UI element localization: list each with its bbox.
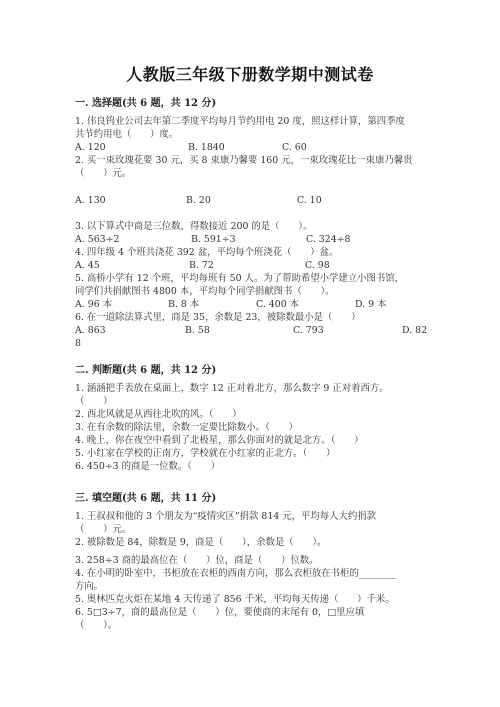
question-text: 6. 在一道除法算式里，商是 35，余数是 23，被除数最小是（ ） — [75, 312, 361, 324]
question-text: 2. 被除数是 84，除数是 9，商是（ ），余数是（ ）。 — [75, 537, 326, 549]
option-b: B. 1840 — [188, 142, 225, 154]
question-text: 4. 晚上，你在夜空中看到了北极星，那么你面对的就是北方。（ ） — [75, 435, 363, 447]
answer-blank: （ ）元。 — [75, 524, 131, 536]
option-a: A. 130 — [75, 195, 106, 207]
question-text: 2. 西北风就是从西往北吹的风。（ ） — [75, 409, 242, 421]
option-c: C. 324÷8 — [306, 234, 351, 246]
option-a: A. 563÷2 — [75, 234, 119, 246]
option-d: D. 9 本 — [355, 299, 386, 311]
option-c: C. 400 本 — [256, 299, 299, 311]
question-text: 1. 王叔叔和他的 3 个朋友为“疫情灾区”捐款 814 元，平均每人大约捐款 — [75, 511, 376, 523]
question-text: 3. 以下算式中商是三位数，得数接近 200 的是（ ）。 — [75, 221, 312, 233]
question-text: 6. 5□3÷7，商的最高位是（ ）位，要使商的末尾有 0，□里应填 — [75, 607, 364, 619]
question-text: 3. 在有余数的除法里，余数一定要比除数小。（ ） — [75, 422, 298, 434]
section-heading-judgment: 二. 判断题(共 6 题，共 12 分) — [75, 361, 216, 376]
section-heading-fill: 三. 填空题(共 6 题，共 11 分) — [75, 489, 216, 504]
option-b: B. 58 — [185, 325, 210, 337]
option-a: A. 96 本 — [75, 299, 112, 311]
option-c: C. 60 — [282, 142, 307, 154]
question-text: 5. 奥林匹克火炬在某地 4 天传递了 856 千米，平均每天传递（ ）千米。 — [75, 594, 395, 606]
question-text: （ ）元。 — [75, 168, 131, 180]
question-text: 4. 四年级 4 个班共浇花 392 盆，平均每个班浇花（ ）盆。 — [75, 247, 338, 259]
question-text: 6. 450÷3 的商是一位数。（ ） — [75, 461, 220, 473]
exam-page: 人教版三年级下册数学期中测试卷 一. 选择题(共 6 题，共 12 分) 1. … — [0, 0, 500, 707]
question-text: 1. 涵涵把手表放在桌面上，数字 12 正对着北方，那么数字 9 正对着西方。 — [75, 383, 389, 395]
question-text: 4. 在小明的卧室中，书柜放在衣柜的西南方向，那么衣柜放在书柜的________ — [75, 568, 396, 580]
question-text: 同学们共捐献图书 4800 本，平均每个同学捐献图书（ ）。 — [75, 286, 335, 298]
question-text: 5. 高桥小学有 12 个班，平均每班有 50 人。为了帮助希望小学建立小图书馆… — [75, 273, 404, 285]
question-text: 共节约用电（ ）度。 — [75, 129, 178, 141]
option-d-wrap: 8 — [75, 338, 81, 350]
option-c: C. 793 — [293, 325, 324, 337]
option-b: B. 8 本 — [168, 299, 199, 311]
option-c: C. 98 — [305, 260, 330, 272]
option-d: D. 82 — [402, 325, 427, 337]
option-a: A. 863 — [75, 325, 106, 337]
option-a: A. 120 — [75, 142, 106, 154]
option-a: A. 45 — [75, 260, 100, 272]
page-title: 人教版三年级下册数学期中测试卷 — [0, 62, 500, 85]
option-c: C. 10 — [297, 195, 322, 207]
question-text: 3. 258÷3 商的最高位在（ ）位，商是（ ）位数。 — [75, 555, 319, 567]
option-b: B. 72 — [189, 260, 214, 272]
question-text: 1. 伟良钨业公司去年第二季度平均每月节约用电 20 度，照这样计算，第四季度 — [75, 116, 405, 128]
question-text: 5. 小红家在学校的正南方，学校就在小红家的正北方。（ ） — [75, 448, 335, 460]
section-heading-choice: 一. 选择题(共 6 题，共 12 分) — [75, 94, 216, 109]
option-b: B. 20 — [186, 195, 211, 207]
question-text: 方向。 — [75, 581, 103, 593]
question-text: 2. 买一束玫瑰花要 30 元，买 8 束康乃馨要 160 元，一束玫瑰花比一束… — [75, 155, 412, 167]
answer-blank: （ ） — [75, 396, 113, 408]
option-b: B. 591÷3 — [191, 234, 236, 246]
answer-blank: （ ）。 — [75, 620, 117, 632]
